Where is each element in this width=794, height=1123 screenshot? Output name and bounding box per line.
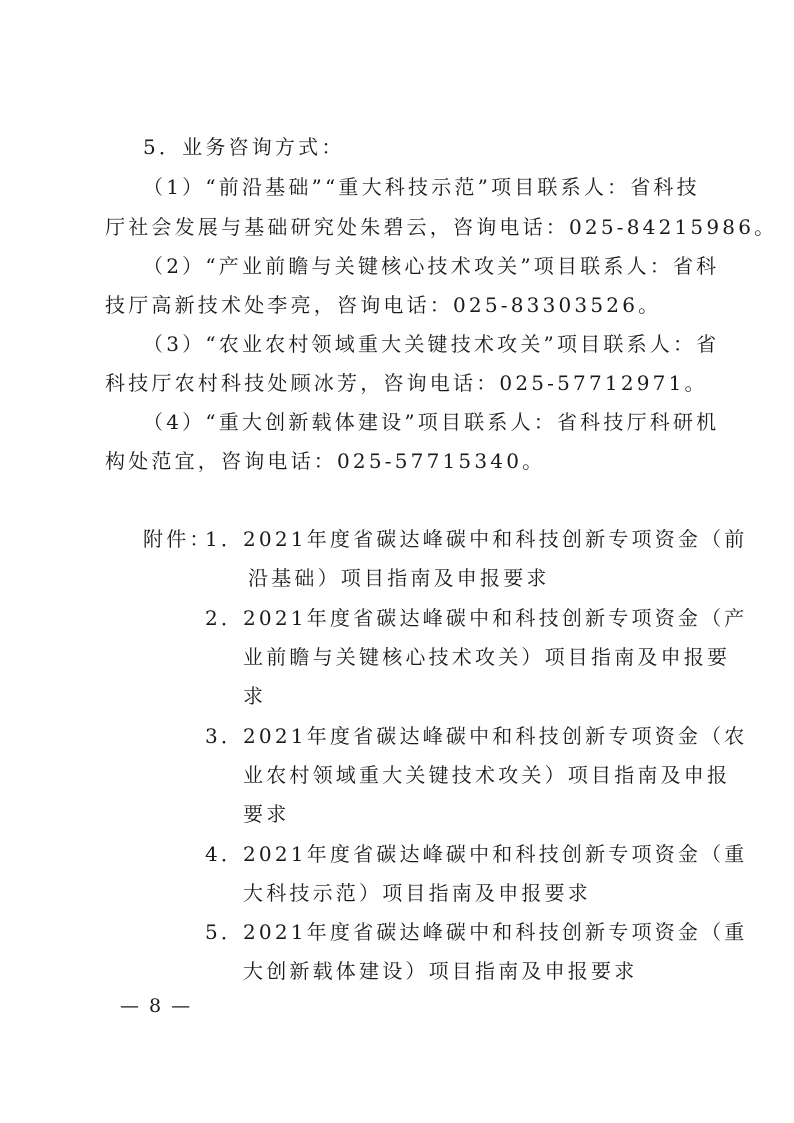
contact-1-line-1: （1）“前沿基础”“重大科技示范”项目联系人：省科技 [143, 172, 700, 202]
contact-3-line-1: （3）“农业农村领域重大关键技术攻关”项目联系人：省 [143, 329, 719, 359]
page-number: — 8 — [120, 995, 192, 1017]
attachment-1-line-1: 2021年度省碳达峰碳中和科技创新专项资金（前 [243, 524, 748, 554]
section-heading: 5．业务咨询方式： [143, 132, 345, 162]
contact-2-line-1: （2）“产业前瞻与关键核心技术攻关”项目联系人：省科 [143, 251, 719, 281]
contact-3-line-2: 科技厅农村科技处顾冰芳，咨询电话：025-57712971。 [105, 368, 708, 398]
contact-4-line-1: （4）“重大创新载体建设”项目联系人：省科技厅科研机 [143, 407, 719, 437]
attachment-5-line-1: 2021年度省碳达峰碳中和科技创新专项资金（重 [243, 917, 748, 947]
attachments-label: 附件： [143, 524, 213, 554]
attachment-3-line-3: 要求 [243, 799, 289, 829]
attachment-2-line-3: 求 [243, 681, 266, 711]
attachment-4-line-2: 大科技示范）项目指南及申报要求 [243, 878, 591, 908]
attachment-2-line-1: 2021年度省碳达峰碳中和科技创新专项资金（产 [243, 603, 748, 633]
attachment-3-num: 3． [205, 721, 244, 751]
attachment-3-line-2: 业农村领域重大关键技术攻关）项目指南及申报 [243, 760, 730, 790]
attachment-3-line-1: 2021年度省碳达峰碳中和科技创新专项资金（农 [243, 721, 748, 751]
contact-2-line-2: 技厅高新技术处李亮，咨询电话：025-83303526。 [105, 290, 661, 320]
contact-4-line-2: 构处范宜，咨询电话：025-57715340。 [105, 446, 545, 476]
contact-1-line-2: 厅社会发展与基础研究处朱碧云，咨询电话：025-84215986。 [105, 212, 777, 242]
attachment-5-num: 5． [205, 917, 244, 947]
attachment-1-num: 1． [205, 524, 244, 554]
attachment-4-line-1: 2021年度省碳达峰碳中和科技创新专项资金（重 [243, 839, 748, 869]
attachment-2-line-2: 业前瞻与关键核心技术攻关）项目指南及申报要 [243, 642, 730, 672]
attachment-5-line-2: 大创新载体建设）项目指南及申报要求 [243, 956, 637, 986]
attachment-1-line-2: 沿基础）项目指南及申报要求 [248, 563, 550, 593]
attachment-2-num: 2． [205, 603, 244, 633]
attachment-4-num: 4． [205, 839, 244, 869]
